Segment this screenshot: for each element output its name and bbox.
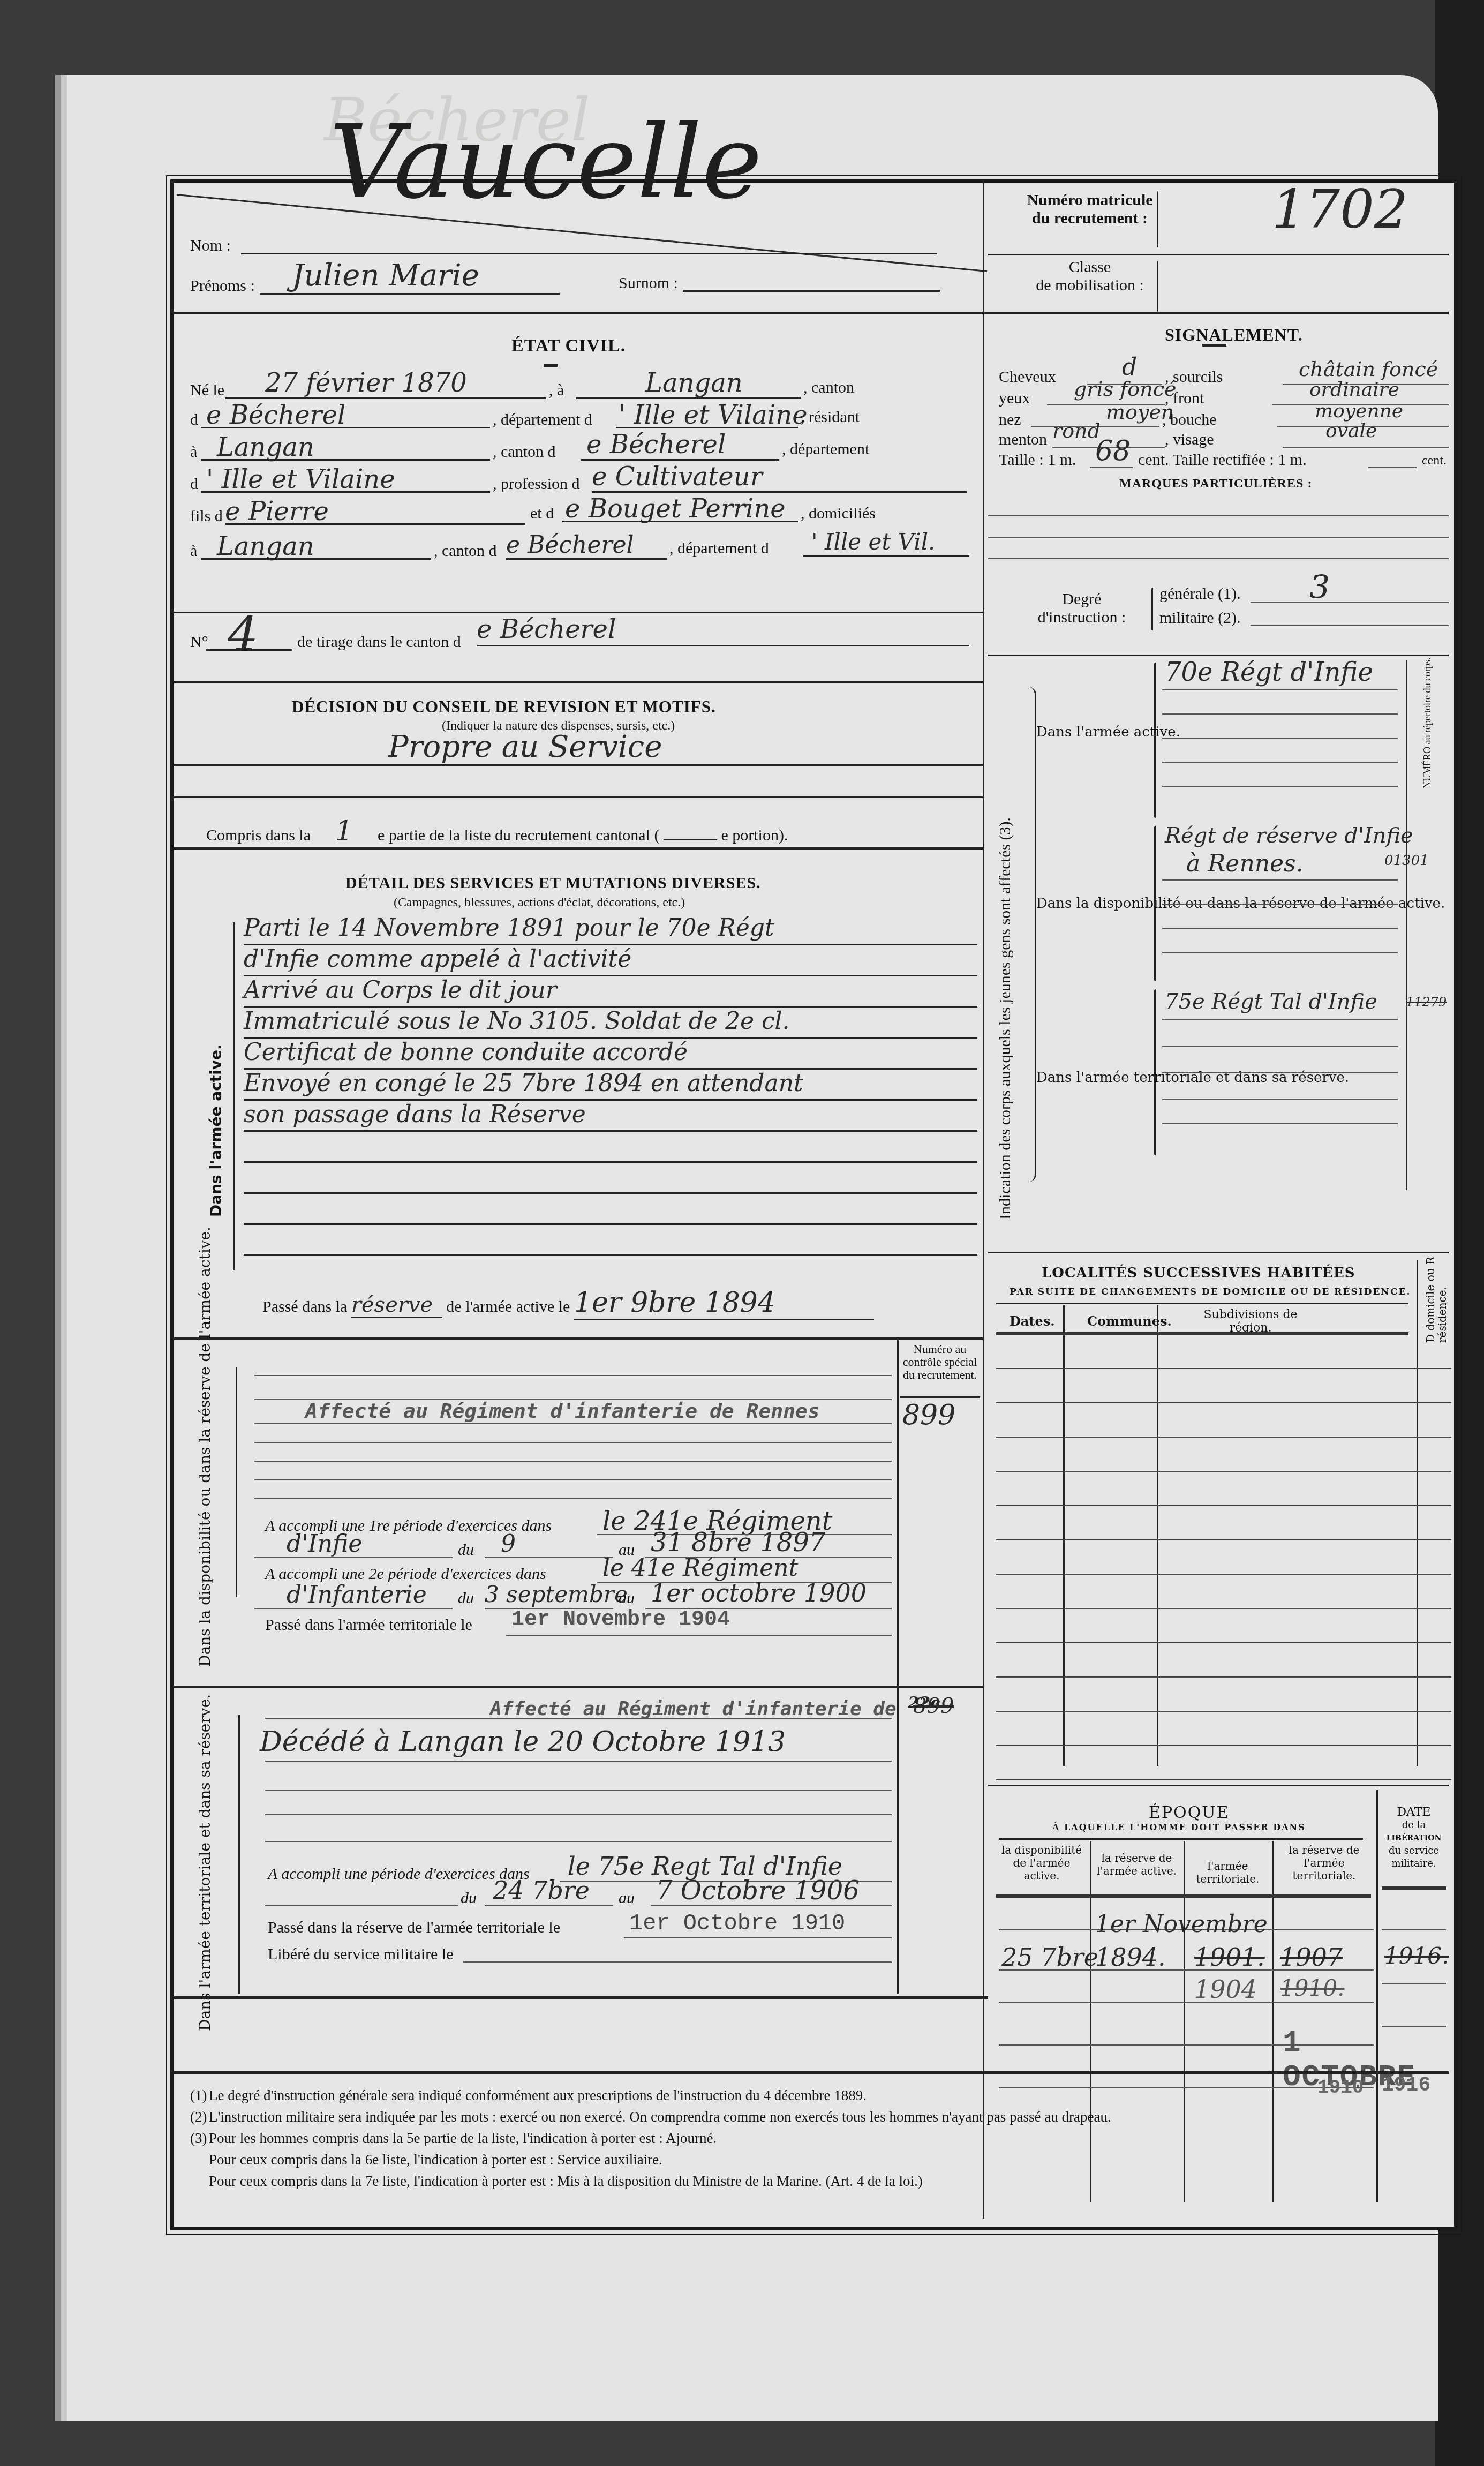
corps-active-label: Dans l'armée active. — [1036, 724, 1143, 740]
terr-line[interactable] — [265, 1718, 892, 1719]
cheveux-label: Cheveux — [999, 368, 1056, 386]
terr-periode-au: 7 Octobre 1906 — [656, 1876, 860, 1906]
taille-rectifiee-field[interactable] — [1368, 467, 1417, 468]
nom-value: Vaucelle — [329, 103, 762, 221]
epoque-territoriale-struck: 1901. — [1194, 1943, 1265, 1972]
bouche-value: moyenne — [1315, 400, 1403, 422]
domicile-field[interactable] — [201, 558, 431, 560]
profession-field[interactable] — [592, 491, 967, 493]
reserve-terr-field[interactable] — [624, 1937, 892, 1938]
terr-periode-du: 24 7bre — [493, 1876, 590, 1905]
libere-field[interactable] — [463, 1961, 892, 1963]
corps-terr-value: 75e Régt Tal d'Infie — [1165, 989, 1377, 1014]
canton-label: , canton — [803, 379, 854, 397]
localites-row[interactable] — [996, 1712, 1451, 1746]
mere-value: e Bouget Perrine — [565, 494, 786, 524]
taille-rectifiee-label: cent. Taille rectifiée : 1 m. — [1138, 451, 1307, 469]
epoque-row-line[interactable] — [999, 2002, 1374, 2003]
matricule-label: Numéro matricule du recrutement : — [1010, 191, 1170, 228]
canton2-field[interactable] — [581, 459, 779, 461]
periode2-value: le 41e Régiment — [602, 1554, 798, 1582]
classe-divider — [988, 312, 1449, 314]
epoque-dispo-value: 25 7bre — [1001, 1943, 1098, 1972]
passe-reserve-date[interactable]: 1er 9bre 1894 — [574, 1287, 874, 1320]
dispo-bracket — [236, 1367, 237, 1597]
compris-label: Compris dans la 1 e partie de la liste d… — [206, 815, 788, 848]
periode1-du-field[interactable] — [485, 1557, 613, 1558]
departement-label: , département d — [493, 411, 592, 429]
dispo-numero-value: 899 — [902, 1399, 955, 1431]
terr-affecte-stamp: Affecté au Régiment d'infanterie de 22e — [490, 1694, 940, 1720]
col-subdivisions: Subdivisions de région. — [1181, 1308, 1320, 1335]
periode1-line2: d'Infie — [287, 1530, 362, 1558]
compris-value[interactable]: 1 — [315, 815, 374, 848]
a3-label: à — [190, 542, 197, 560]
ne-le-field[interactable] — [225, 397, 546, 399]
section-divider — [174, 796, 983, 798]
terr-side-label: Dans l'armée territoriale et dans sa rés… — [195, 1710, 215, 2031]
cent-label: cent. — [1422, 454, 1447, 468]
visage-label: , visage — [1165, 431, 1214, 449]
localites-subtitle: PAR SUITE DE CHANGEMENTS DE DOMICILE OU … — [1010, 1287, 1411, 1297]
dispo-affecte-stamp: Affecté au Régiment d'infanterie de Renn… — [305, 1399, 820, 1423]
pere-value: e Pierre — [225, 497, 329, 527]
terr-periode-du-field[interactable] — [485, 1905, 613, 1906]
terr-bracket — [238, 1715, 240, 1994]
periode2-label: A accompli une 2e période d'exercices da… — [265, 1565, 546, 1583]
corps-terr-numero: 11279 — [1406, 995, 1447, 1010]
departement3-field[interactable] — [803, 555, 969, 557]
localites-row[interactable] — [996, 1369, 1451, 1403]
departement2-field[interactable] — [201, 491, 490, 493]
numero-column-divider — [1406, 660, 1407, 1190]
localites-row[interactable] — [996, 1335, 1451, 1369]
deces-line: Décédé à Langan le 20 Octobre 1913 — [260, 1726, 786, 1758]
canton3-value: e Bécherel — [506, 531, 634, 559]
section-divider — [988, 655, 1449, 656]
services-title: DÉTAIL DES SERVICES ET MUTATIONS DIVERSE… — [345, 874, 761, 892]
terr-periode-label: A accompli une période d'exercices dans — [268, 1865, 530, 1883]
corps-line[interactable] — [1162, 928, 1398, 929]
profession-label: , profession d — [493, 475, 579, 493]
localites-title: LOCALITÉS SUCCESSIVES HABITÉES — [1042, 1265, 1355, 1281]
epoque-title: ÉPOQUE — [1149, 1803, 1229, 1822]
corps-dispo-numero: 01301 — [1384, 853, 1429, 869]
corps-dispo-value-2: à Rennes. — [1186, 850, 1304, 877]
periode2-au: 1er octobre 1900 — [651, 1578, 867, 1607]
corps-line[interactable] — [1162, 738, 1398, 739]
reserve-terr-label: Passé dans la réserve de l'armée territo… — [268, 1919, 560, 1937]
canton-value: e Bécherel — [206, 400, 345, 430]
epoque-col-reserve-terr: la réserve de l'armée territoriale. — [1275, 1844, 1374, 1882]
corps-line[interactable] — [1162, 1072, 1398, 1073]
services-line[interactable]: Immatriculé sous le No 3105. Soldat de 2… — [244, 1008, 977, 1039]
title-rule — [544, 364, 558, 367]
corps-line[interactable] — [1162, 762, 1398, 763]
liberation-row-line[interactable] — [1382, 1983, 1446, 1984]
periode2-line2: d'Infanterie — [287, 1581, 427, 1608]
departement-field[interactable] — [616, 427, 798, 428]
liberation-row-line[interactable] — [1382, 1929, 1446, 1930]
corps-line[interactable] — [1162, 713, 1398, 715]
dispo-side-label: Dans la disponibilité ou dans la réserve… — [195, 1345, 215, 1667]
epoque-reserve-active-value-1: 1er Novembre — [1095, 1911, 1268, 1938]
marques-line[interactable] — [988, 537, 1449, 538]
taille-value: 68 — [1095, 435, 1131, 467]
footnote: (1)Le degré d'instruction générale sera … — [190, 2087, 1443, 2109]
terr-numero-value: 899 — [913, 1694, 954, 1718]
matricule-divider — [988, 254, 1449, 255]
brace — [1154, 989, 1156, 1155]
matricule-form: Vaucelle Nom : Prénoms : Julien Marie Su… — [170, 179, 1458, 2230]
section-divider — [174, 681, 983, 683]
au-label: au — [619, 1589, 635, 1607]
d2-label: d — [190, 475, 198, 493]
surnom-field[interactable] — [683, 290, 940, 292]
localites-rows — [996, 1335, 1451, 1780]
corps-line[interactable] — [1162, 1099, 1398, 1100]
services-lines: Parti le 14 Novembre 1891 pour le 70e Ré… — [244, 914, 977, 1256]
notes-divider — [174, 2071, 988, 2074]
dispo-line[interactable] — [254, 1479, 892, 1480]
domicilies-label: , domiciliés — [801, 505, 876, 523]
section-divider — [174, 612, 983, 613]
terr-periode-line2[interactable] — [265, 1905, 458, 1906]
yeux-label: yeux — [999, 389, 1030, 408]
no-tirage-label: N° — [190, 633, 208, 651]
a-label: , à — [549, 381, 564, 400]
epoque-reserve-terr-struck-1: 1907 — [1280, 1943, 1343, 1972]
ne-le-value: 27 février 1870 — [265, 368, 467, 398]
corps-line[interactable] — [1162, 786, 1398, 787]
nez-label: nez — [999, 411, 1021, 429]
corps-line[interactable] — [1162, 689, 1398, 690]
terr-line[interactable] — [265, 1761, 892, 1762]
a2-label: à — [190, 443, 197, 461]
periode2-du: 3 septembre — [485, 1581, 628, 1607]
services-line[interactable]: Parti le 14 Novembre 1891 pour le 70e Ré… — [244, 914, 977, 945]
departement2-value: ' Ille et Vilaine — [206, 464, 395, 494]
du-label: du — [458, 1541, 474, 1559]
tirage-canton-field[interactable] — [477, 645, 969, 646]
canton2-value: e Bécherel — [586, 430, 726, 460]
etat-civil-title: ÉTAT CIVIL. — [511, 336, 626, 356]
services-subtitle: (Campagnes, blessures, actions d'éclat, … — [394, 896, 685, 910]
brace — [1157, 191, 1158, 247]
corps-line[interactable] — [1162, 1123, 1398, 1124]
column-divider — [983, 183, 984, 2219]
liberation-struck: 1916. — [1384, 1943, 1449, 1969]
canton3-field[interactable] — [506, 558, 667, 560]
territoriale-field[interactable] — [506, 1635, 892, 1636]
periode2-line2-field[interactable] — [254, 1608, 453, 1609]
passe-reserve-label: Passé dans la réserve de l'armée active … — [262, 1287, 874, 1320]
classe-label: Classe de mobilisation : — [1010, 258, 1170, 295]
prenoms-value: Julien Marie — [292, 258, 479, 293]
services-bracket — [233, 922, 235, 1270]
menton-label: menton — [999, 431, 1047, 449]
date-liberation-header: DATE de la LIBÉRATION du service militai… — [1379, 1806, 1449, 1870]
menton-value: rond — [1052, 419, 1101, 442]
generale-value: 3 — [1309, 569, 1330, 606]
reserve-terr-value: 1er Octobre 1910 — [629, 1911, 845, 1936]
epoque-subtitle: À LAQUELLE L'HOMME DOIT PASSER DANS — [1052, 1822, 1306, 1832]
footnote: (3)Pour les hommes compris dans la 5e pa… — [190, 2130, 1443, 2152]
section-divider — [174, 1996, 988, 1999]
header-divider — [174, 312, 988, 314]
generale-label: générale (1). — [1159, 585, 1241, 603]
localites-row[interactable] — [996, 1643, 1451, 1678]
decision-field[interactable] — [174, 764, 983, 766]
visage-field[interactable] — [1283, 447, 1449, 448]
section-divider — [174, 847, 983, 850]
militaire-field[interactable] — [1251, 625, 1449, 626]
localites-row[interactable] — [996, 1403, 1451, 1438]
services-line[interactable] — [244, 1132, 977, 1163]
mere-field[interactable] — [562, 521, 798, 522]
corps-line[interactable] — [1162, 952, 1398, 953]
epoque-col-territoriale: l'armée territoriale. — [1186, 1860, 1269, 1885]
section-divider — [988, 1785, 1449, 1786]
footnotes: (1)Le degré d'instruction générale sera … — [190, 2087, 1443, 2194]
services-line[interactable] — [244, 1225, 977, 1256]
prenoms-field[interactable] — [260, 293, 560, 295]
localites-row[interactable] — [996, 1472, 1451, 1506]
brace — [1154, 663, 1156, 818]
epoque-territoriale-value: 1904 — [1194, 1975, 1257, 2004]
section-divider — [988, 1252, 1449, 1253]
services-line[interactable]: son passage dans la Réserve — [244, 1101, 977, 1132]
localites-row[interactable] — [996, 1609, 1451, 1643]
numero-repertoire-label: NUMÉRO au répertoire du corps. — [1422, 658, 1433, 788]
corps-dispo-label: Dans la disponibilité ou dans la réserve… — [1036, 896, 1143, 912]
services-line[interactable]: Arrivé au Corps le dit jour — [244, 976, 977, 1008]
marques-line[interactable] — [988, 515, 1449, 516]
militaire-label: militaire (2). — [1159, 609, 1241, 627]
residence-field[interactable] — [201, 459, 490, 461]
periode1-au: 31 8bre 1897 — [651, 1528, 825, 1558]
corps-side-label: Indication des corps auxquels les jeunes… — [996, 817, 1014, 1220]
terr-line[interactable] — [265, 1790, 892, 1791]
degre-label: Degré d'instruction : — [1020, 590, 1143, 627]
et-label: et d — [530, 505, 554, 523]
taille-field[interactable] — [1090, 467, 1133, 468]
bouche-label: , bouche — [1162, 411, 1217, 429]
brace — [1157, 261, 1158, 312]
brace — [1028, 687, 1036, 1182]
epoque-col-dispo: la disponibilité de l'armée active. — [996, 1844, 1087, 1882]
epoque-header-rule — [999, 1838, 1363, 1840]
libere-label: Libéré du service militaire le — [268, 1945, 454, 1964]
canton3-label: , canton d — [434, 542, 496, 560]
corps-dispo-value-1: Régt de réserve d'Infie — [1165, 823, 1413, 848]
terr-line[interactable] — [265, 1841, 892, 1842]
terr-line[interactable] — [265, 1814, 892, 1815]
dispo-line[interactable] — [254, 1423, 892, 1424]
localites-row[interactable] — [996, 1540, 1451, 1575]
dispo-line[interactable] — [254, 1442, 892, 1443]
residant-label: , résidant — [801, 408, 860, 426]
corps-active-value: 70e Régt d'Infie — [1165, 657, 1373, 687]
profession-value: e Cultivateur — [592, 462, 763, 492]
no-tirage-field[interactable] — [206, 649, 292, 651]
d-label: d — [190, 411, 198, 429]
corps-line[interactable] — [1162, 1019, 1398, 1020]
footer-divider — [988, 2071, 1449, 2074]
epoque-reserve-active-value-2: 1894. — [1095, 1943, 1166, 1972]
services-line[interactable] — [244, 1163, 977, 1194]
yeux-value: gris foncé — [1074, 377, 1176, 401]
prenoms-label: Prénoms : — [190, 277, 255, 295]
passe-reserve-value[interactable]: réserve — [351, 1292, 442, 1318]
numero-header-rule — [900, 1396, 980, 1398]
footnote: (2)L'instruction militaire sera indiquée… — [190, 2109, 1443, 2130]
epoque-reserve-terr-struck-2: 1910. — [1280, 1975, 1344, 2001]
periode1-du: 9 — [501, 1530, 516, 1558]
services-line[interactable] — [244, 1194, 977, 1225]
marques-line[interactable] — [988, 558, 1449, 559]
brace — [1154, 826, 1156, 981]
decision-value: Propre au Service — [388, 730, 662, 764]
title-rule — [1202, 344, 1226, 347]
du-label: du — [458, 1589, 474, 1607]
date-header-bar — [1382, 1886, 1446, 1890]
surnom-label: Surnom : — [619, 274, 678, 292]
territoriale-label: Passé dans l'armée territoriale le — [265, 1616, 472, 1634]
footnote: Pour ceux compris dans la 7e liste, l'in… — [190, 2173, 1443, 2194]
domicile-value: Langan — [217, 531, 314, 561]
no-tirage-value: 4 — [228, 606, 258, 663]
residence-value: Langan — [217, 432, 314, 462]
nom-field[interactable] — [241, 253, 937, 254]
matricule-value: 1702 — [1272, 178, 1408, 240]
sourcils-value: châtain foncé — [1299, 357, 1438, 381]
generale-field[interactable] — [1251, 602, 1449, 603]
corps-line[interactable] — [1162, 1046, 1398, 1047]
localites-row[interactable] — [996, 1678, 1451, 1712]
front-value: ordinaire — [1309, 379, 1399, 401]
fils-label: fils d — [190, 507, 223, 525]
footnote: Pour ceux compris dans la 6e liste, l'in… — [190, 2152, 1443, 2173]
nom-label: Nom : — [190, 237, 231, 255]
canton-field[interactable] — [201, 427, 490, 428]
epoque-col-reserve-active: la réserve de l'armée active. — [1093, 1852, 1181, 1877]
brace — [1151, 588, 1153, 630]
departement-value: ' Ille et Vilaine — [619, 400, 808, 430]
departement3-label: , département d — [669, 539, 769, 558]
numero-controle-header: Numéro au contrôle spécial du recrutemen… — [900, 1343, 980, 1381]
taille-label: Taille : 1 m. — [999, 451, 1076, 469]
tirage-label: de tirage dans le canton d — [297, 633, 461, 651]
decision-title: DÉCISION DU CONSEIL DE REVISION ET MOTIF… — [292, 697, 716, 717]
lieu-naissance-field[interactable] — [576, 397, 801, 399]
services-line[interactable]: Certificat de bonne conduite accordé — [244, 1039, 977, 1070]
localites-row[interactable] — [996, 1575, 1451, 1609]
col-dates: Dates. — [1010, 1313, 1055, 1329]
col-communes: Communes. — [1087, 1313, 1172, 1329]
localites-row[interactable] — [996, 1506, 1451, 1540]
dispo-line[interactable] — [254, 1498, 892, 1499]
corps-line[interactable] — [1162, 904, 1398, 905]
departement2-label: , département — [782, 440, 869, 458]
periode1-line2-field[interactable] — [254, 1557, 453, 1558]
section-divider — [174, 1686, 983, 1688]
dispo-line[interactable] — [254, 1375, 892, 1376]
corps-line[interactable] — [1162, 879, 1398, 881]
au-label: au — [619, 1889, 635, 1907]
dispo-line[interactable] — [254, 1461, 892, 1462]
visage-value: ovale — [1325, 420, 1377, 442]
services-line[interactable]: Envoyé en congé le 25 7bre 1894 en atten… — [244, 1070, 977, 1101]
territoriale-value: 1er Novembre 1904 — [511, 1608, 730, 1632]
services-line[interactable]: d'Infie comme appelé à l'activité — [244, 945, 977, 976]
localites-row[interactable] — [996, 1746, 1451, 1780]
pere-field[interactable] — [225, 523, 525, 525]
du-label: du — [461, 1889, 477, 1907]
col-domicile-residence: D domicile ou R résidence. — [1425, 1252, 1448, 1343]
marques-label: MARQUES PARTICULIÈRES : — [1119, 477, 1312, 491]
ne-le-label: Né le — [190, 381, 224, 400]
localites-row[interactable] — [996, 1438, 1451, 1472]
numero-column-divider — [897, 1688, 899, 1994]
numero-column-divider — [897, 1340, 899, 1686]
epoque-header-bar — [996, 1894, 1371, 1898]
signalement-title: SIGNALEMENT. — [1165, 325, 1303, 345]
section-divider — [174, 1337, 983, 1340]
tirage-canton-value: e Bécherel — [477, 614, 616, 644]
canton2-label: , canton d — [493, 443, 555, 461]
corps-terr-label: Dans l'armée territoriale et dans sa rés… — [1036, 1070, 1143, 1086]
localites-header-rule — [996, 1303, 1408, 1304]
services-side-label: Dans l'armée active. — [207, 1044, 225, 1217]
portion-field[interactable] — [664, 839, 717, 840]
departement3-value: ' Ille et Vil. — [811, 529, 935, 555]
lieu-naissance-value: Langan — [645, 368, 743, 398]
terr-periode-au-field[interactable] — [651, 1905, 892, 1906]
